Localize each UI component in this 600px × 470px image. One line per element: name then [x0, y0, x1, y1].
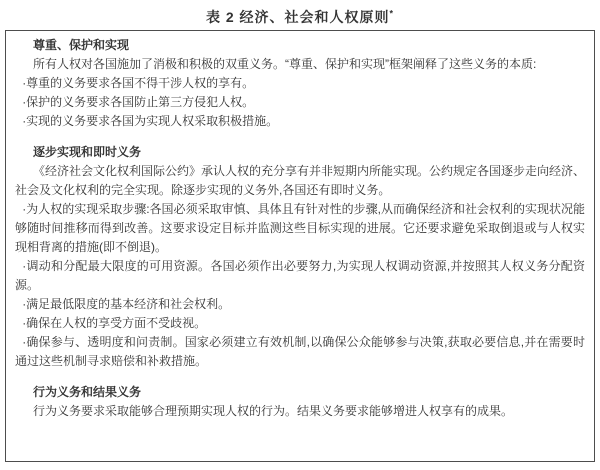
bullet-item: ·调动和分配最大限度的可用资源。各国必须作出必要努力,为实现人权调动资源,并按照… — [15, 257, 585, 295]
bullet-item: ·确保参与、透明度和问责制。国家必须建立有效机制,以确保公众能够参与决策,获取必… — [15, 333, 585, 371]
section-heading: 行为义务和结果义务 — [15, 383, 585, 402]
bullet-item: ·满足最低限度的基本经济和社会权利。 — [15, 295, 585, 314]
section-heading: 逐步实现和即时义务 — [15, 143, 585, 162]
bullet-item: ·尊重的义务要求各国不得干涉人权的享有。 — [15, 74, 585, 93]
section-progressive-realization: 逐步实现和即时义务 《经济社会文化权利国际公约》承认人权的充分享有并非短期内所能… — [15, 143, 585, 371]
bullet-item: ·确保在人权的享受方面不受歧视。 — [15, 314, 585, 333]
section-paragraph: 所有人权对各国施加了消极和积极的双重义务。“尊重、保护和实现”框架阐释了这些义务… — [15, 55, 585, 74]
table-title: 表 2 经济、社会和人权原则* — [0, 0, 600, 30]
bullet-item: ·保护的义务要求各国防止第三方侵犯人权。 — [15, 93, 585, 112]
bullet-item: ·实现的义务要求各国为实现人权采取积极措施。 — [15, 112, 585, 131]
section-paragraph: 《经济社会文化权利国际公约》承认人权的充分享有并非短期内所能实现。公约规定各国逐… — [15, 162, 585, 200]
section-paragraph: 行为义务要求采取能够合理预期实现人权的行为。结果义务要求能够增进人权享有的成果。 — [15, 402, 585, 421]
bullet-item: ·为人权的实现采取步骤:各国必须采取审慎、具体且有针对性的步骤,从而确保经济和社… — [15, 200, 585, 257]
table-box: 尊重、保护和实现 所有人权对各国施加了消极和积极的双重义务。“尊重、保护和实现”… — [5, 30, 595, 462]
section-respect-protect-fulfil: 尊重、保护和实现 所有人权对各国施加了消极和积极的双重义务。“尊重、保护和实现”… — [15, 36, 585, 131]
section-conduct-result-obligations: 行为义务和结果义务 行为义务要求采取能够合理预期实现人权的行为。结果义务要求能够… — [15, 383, 585, 421]
table-title-text: 表 2 经济、社会和人权原则 — [206, 9, 390, 25]
section-heading: 尊重、保护和实现 — [15, 36, 585, 55]
footnote-marker: * — [390, 8, 395, 18]
